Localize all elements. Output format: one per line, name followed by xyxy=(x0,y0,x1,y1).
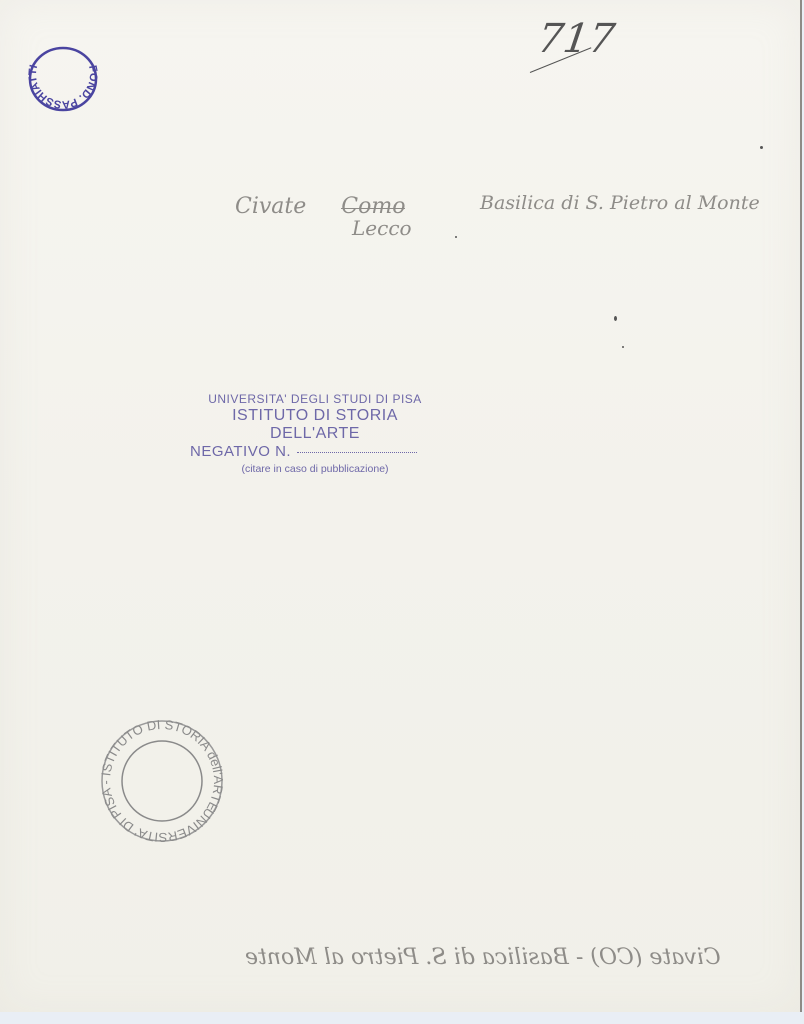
stamp-negative-line: NEGATIVO N. xyxy=(190,443,440,460)
speck xyxy=(614,316,617,321)
speck xyxy=(455,236,457,238)
speck xyxy=(622,346,624,348)
inventory-number: 717 xyxy=(535,16,618,62)
bottom-handwritten-note: Civate (CO) - Basilica di S. Pietro al M… xyxy=(245,945,721,970)
location-town: Civate xyxy=(235,194,306,219)
university-round-stamp: UNIVERSITA' DI PISA - ISTITUTO DI STORIA… xyxy=(98,718,226,844)
handwritten-title: Basilica di S. Pietro al Monte xyxy=(480,192,760,214)
svg-text:FOND. PASSHIATTI: FOND. PASSHIATTI xyxy=(27,64,99,111)
stamp-institute-line: ISTITUTO DI STORIA DELL'ARTE xyxy=(190,407,440,443)
stamp-university-line: UNIVERSITA' DEGLI STUDI DI PISA xyxy=(190,392,440,406)
fond-stamp: FOND. PASSHIATTI xyxy=(26,44,100,114)
stamp-citation-note: (citare in caso di pubblicazione) xyxy=(190,463,440,475)
speck xyxy=(760,146,763,149)
location-corrected-province: Lecco xyxy=(352,216,412,240)
svg-text:UNIVERSITA' DI PISA - ISTITUTO: UNIVERSITA' DI PISA - ISTITUTO DI STORIA… xyxy=(98,718,226,844)
negative-stamp: UNIVERSITA' DEGLI STUDI DI PISA ISTITUTO… xyxy=(190,392,440,475)
stamp-negative-label: NEGATIVO N. xyxy=(190,443,291,460)
photo-verso-sheet: FOND. PASSHIATTI 717 Civate Como Lecco B… xyxy=(0,0,802,1012)
negative-number-blank xyxy=(297,452,417,453)
